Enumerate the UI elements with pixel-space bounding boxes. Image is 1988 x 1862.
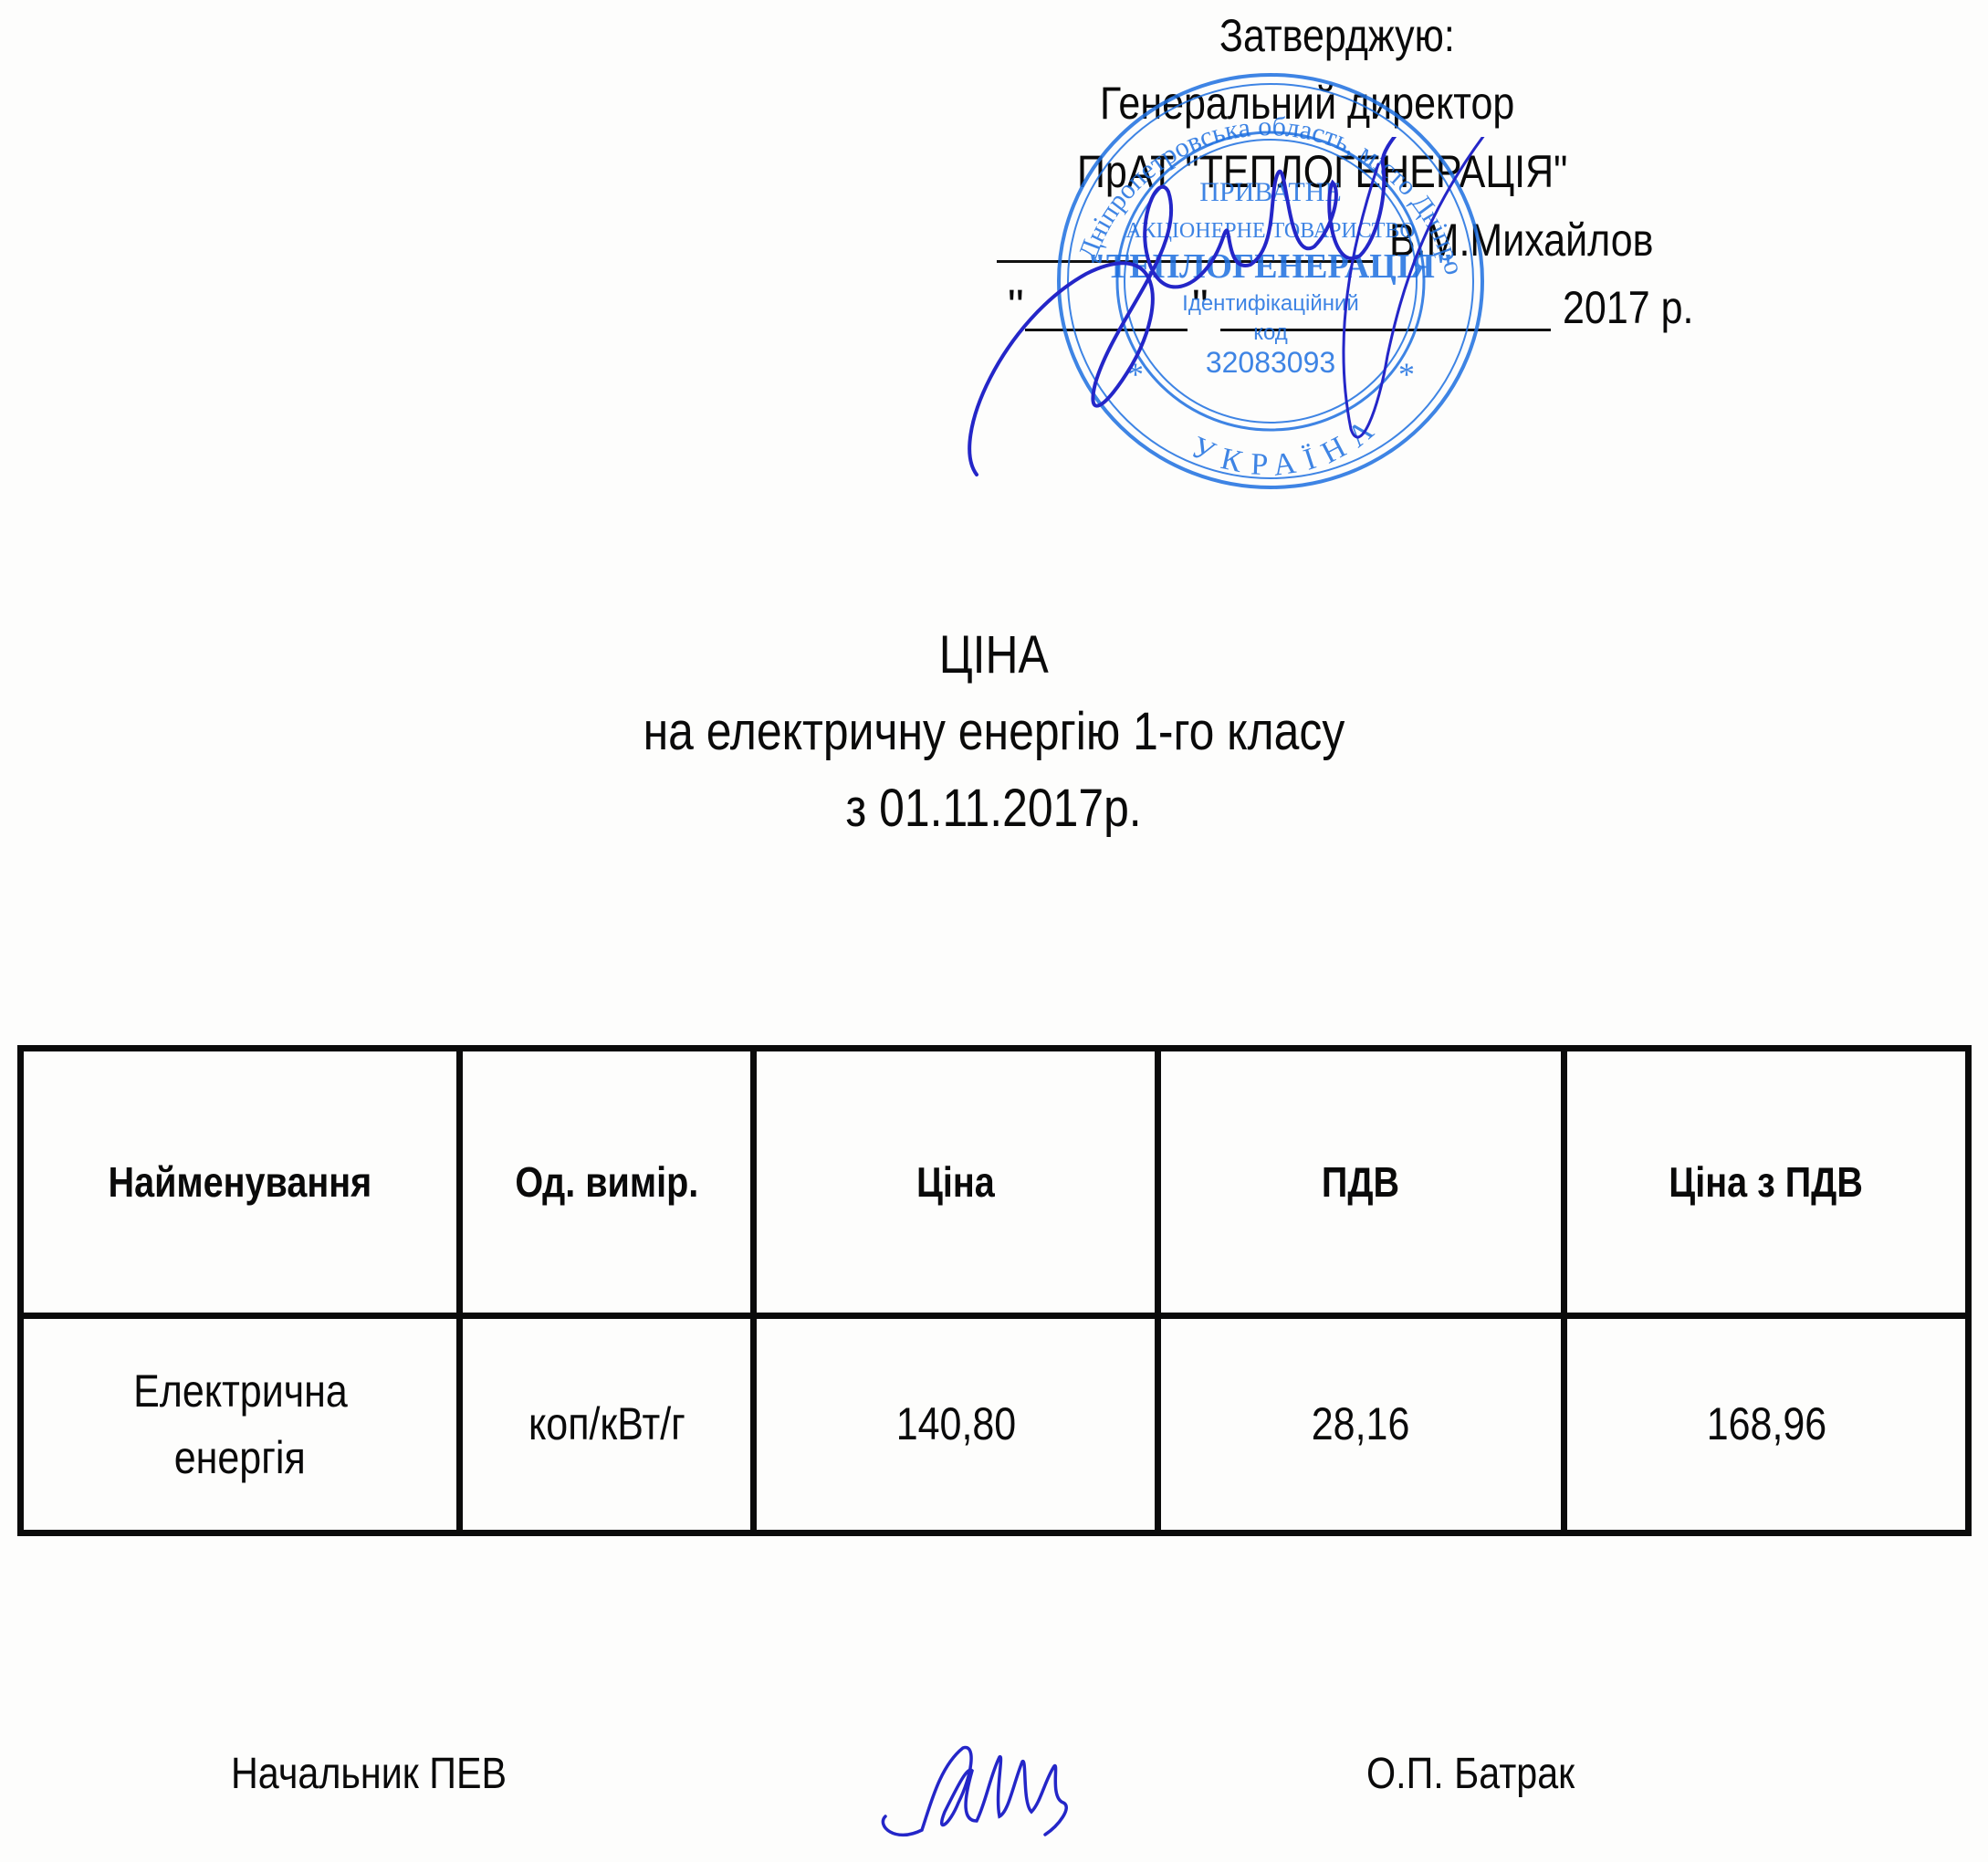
approval-signatory: В.М.Михайлов <box>1389 217 1697 263</box>
stamp-id-code: 32083093 <box>1206 346 1335 379</box>
table-header-row: Найменування Од. вимір. Ціна ПДВ Ціна з … <box>21 1049 1969 1316</box>
cell-unit: коп/кВт/г <box>460 1316 754 1533</box>
pev-signature <box>876 1739 1086 1853</box>
approval-company: ПрАТ "ТЕПЛОГЕНЕРАЦІЯ" <box>1077 149 1648 194</box>
document-subtitle: на електричну енергію 1-го класу <box>0 706 1988 758</box>
footer-position: Начальник ПЕВ <box>231 1752 551 1796</box>
signature-line <box>997 260 1373 263</box>
date-open-quote: " <box>1008 283 1024 329</box>
title-line1: ЦІНА <box>939 629 1049 682</box>
cell-name: Електрична енергія <box>21 1316 460 1533</box>
cell-price-with-vat: 168,96 <box>1564 1316 1969 1533</box>
approval-label: Затверджую: <box>1219 13 1493 58</box>
approval-label-text: Затверджую: <box>1219 13 1455 58</box>
document-effective-date: з 01.11.2017р. <box>0 782 1988 835</box>
date-close-quote: " <box>1192 283 1208 329</box>
stamp-star-left: * <box>1127 356 1144 392</box>
approval-position: Генеральний директор <box>1100 80 1582 126</box>
document-title: ЦІНА <box>0 629 1988 682</box>
approval-company-text: ПрАТ "ТЕПЛОГЕНЕРАЦІЯ" <box>1077 149 1567 194</box>
approval-year-text: 2017 р. <box>1563 285 1693 330</box>
stamp-line2: АКЦІОНЕРНЕ ТОВАРИСТВО <box>1125 219 1416 243</box>
table-row: Електрична енергія коп/кВт/г 140,80 28,1… <box>21 1316 1969 1533</box>
company-stamp: Дніпропетровська область, місто Дніпро У… <box>1041 64 1497 502</box>
footer-name-text: О.П. Батрак <box>1366 1752 1575 1796</box>
stamp-star-right: * <box>1398 356 1415 392</box>
stamp-country: УКРАЇНА <box>1186 407 1388 483</box>
title-line2: на електричну енергію 1-го класу <box>643 706 1345 758</box>
column-header-vat: ПДВ <box>1158 1049 1564 1316</box>
cell-price: 140,80 <box>754 1316 1158 1533</box>
cell-vat: 28,16 <box>1158 1316 1564 1533</box>
stamp-id-label2: код <box>1253 320 1288 345</box>
date-day-line <box>1025 329 1188 331</box>
column-header-price: Ціна <box>754 1049 1158 1316</box>
approval-year: 2017 р. <box>1563 285 1715 330</box>
approval-position-text: Генеральний директор <box>1100 80 1514 126</box>
price-table: Найменування Од. вимір. Ціна ПДВ Ціна з … <box>17 1045 1972 1536</box>
footer-name: О.П. Батрак <box>1366 1752 1608 1796</box>
approval-signatory-text: В.М.Михайлов <box>1389 217 1654 263</box>
column-header-unit: Од. вимір. <box>460 1049 754 1316</box>
column-header-name: Найменування <box>21 1049 460 1316</box>
stamp-id-label: Ідентифікаційний <box>1182 291 1359 316</box>
title-line3: з 01.11.2017р. <box>846 782 1142 835</box>
footer-position-text: Начальник ПЕВ <box>231 1752 507 1796</box>
date-month-line <box>1220 329 1551 331</box>
column-header-price-with-vat: Ціна з ПДВ <box>1564 1049 1969 1316</box>
